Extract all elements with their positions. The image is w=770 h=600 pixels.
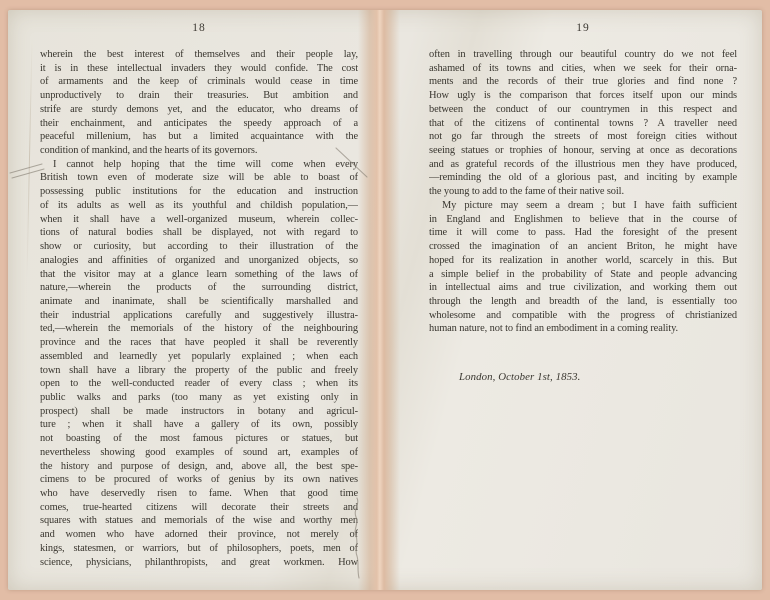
- text-line: in England and Englishmen to believe tha…: [429, 213, 737, 227]
- page-18-text: wherein the best interest of themselves …: [40, 48, 358, 580]
- text-line: between the conduct of our countrymen in…: [429, 103, 737, 117]
- text-line: tions of natural bodies shall be display…: [40, 226, 358, 240]
- text-line: ments and the records of their true glor…: [429, 75, 737, 89]
- text-line: of its adults as well as its youthful an…: [40, 199, 358, 213]
- paper-crease: [26, 38, 32, 278]
- text-line: the history and purpose of design, and, …: [40, 460, 358, 474]
- text-line: nevertheless showing good examples of so…: [40, 446, 358, 460]
- text-line: nature,—wherein the products of the surr…: [40, 281, 358, 295]
- text-line: analogies and affinities of organized an…: [40, 254, 358, 268]
- text-line: British town even of moderate size will …: [40, 171, 358, 185]
- text-line: assembled and learnedly yet popularly ex…: [40, 350, 358, 364]
- text-line: often in travelling through our beautifu…: [429, 48, 737, 62]
- text-line: unproductively to drain their treasuries…: [40, 89, 358, 103]
- text-line: their industrial applications carefully …: [40, 309, 358, 323]
- text-line: kings, statesmen, or warriors, but of ph…: [40, 542, 358, 556]
- book-gutter: [358, 10, 400, 590]
- open-book-spread: 18 19 wherein the best interest of thems…: [8, 10, 762, 590]
- text-line: crossed the imagination of an ancient Br…: [429, 240, 737, 254]
- text-line: ted,—wherein the memorials of the histor…: [40, 322, 358, 336]
- book-scan-photo: { "document": { "kind": "antique-book-sc…: [0, 0, 770, 600]
- text-line: ture ; when it shall have a gallery of i…: [40, 418, 358, 432]
- text-line: time it will come to pass. Had the fores…: [429, 226, 737, 240]
- text-line: town shall have a library the property o…: [40, 364, 358, 378]
- text-line: My picture may seem a dream ; but I have…: [429, 199, 737, 213]
- text-line: prospect) shall be made instructors in b…: [40, 405, 358, 419]
- page-19-text: often in travelling through our beautifu…: [429, 48, 737, 580]
- text-line: not boasting of the most famous pictures…: [40, 432, 358, 446]
- text-line: public walks and parks (too many as yet …: [40, 391, 358, 405]
- text-line: it is in these intellectual invaders the…: [40, 62, 358, 76]
- text-line: condition of mankind, and the hearts of …: [40, 144, 358, 158]
- text-line: that of the citizens of continental town…: [429, 117, 737, 131]
- text-line: squares with statues and memorials of th…: [40, 514, 358, 528]
- text-line: province and the races that have peopled…: [40, 336, 358, 350]
- text-line: strife are sturdy demons yet, and the ed…: [40, 103, 358, 117]
- text-line: hoped for its realization in another wor…: [429, 254, 737, 268]
- text-line: that the visitor may at a glance learn s…: [40, 268, 358, 282]
- text-line: and women who have adorned their provinc…: [40, 528, 358, 542]
- text-line: wherein the best interest of themselves …: [40, 48, 358, 62]
- text-line: of armaments and the keep of criminals w…: [40, 75, 358, 89]
- text-line: who have deservedly risen to fame. When …: [40, 487, 358, 501]
- text-line: ashamed of its towns and cities, when we…: [429, 62, 737, 76]
- text-line: cimens to be procured of works of genius…: [40, 473, 358, 487]
- text-line: not go far through the streets of most f…: [429, 130, 737, 144]
- text-line: —reminding the old of a glorious past, a…: [429, 171, 737, 185]
- text-line: when it shall have a well-organized muse…: [40, 213, 358, 227]
- dateline: London, October 1st, 1853.: [429, 371, 737, 383]
- text-line: a simple belief in the probability of St…: [429, 268, 737, 282]
- text-line: possessing public institutions for the e…: [40, 185, 358, 199]
- text-line: science, physicians, philanthropists, an…: [40, 556, 358, 570]
- text-line: the young to add to the fame of their na…: [429, 185, 737, 199]
- text-line: their enchainment, and anticipates the s…: [40, 117, 358, 131]
- text-line: show or curiosity, but according to thei…: [40, 240, 358, 254]
- page-number-right: 19: [429, 22, 737, 37]
- text-line: I cannot help hoping that the time will …: [40, 158, 358, 172]
- text-line: animate and inanimate, shall be scientif…: [40, 295, 358, 309]
- text-line: through the length and breadth of the la…: [429, 295, 737, 309]
- page-number-left: 18: [40, 22, 358, 37]
- text-line: wholesome and compatible with the progre…: [429, 309, 737, 323]
- text-line: in intellectual aims and true civilizati…: [429, 281, 737, 295]
- text-line: How ugly is the comparison that forces i…: [429, 89, 737, 103]
- text-line: and as grateful records of the illustrio…: [429, 158, 737, 172]
- text-line: peaceful millenium, has but a limited ac…: [40, 130, 358, 144]
- text-line: open to the well-conducted reader of eve…: [40, 377, 358, 391]
- text-line: seeing statues or trophies of honour, se…: [429, 144, 737, 158]
- text-line: human nature, not to find an embodiment …: [429, 322, 737, 336]
- text-line: comes, true-hearted citizens will decora…: [40, 501, 358, 515]
